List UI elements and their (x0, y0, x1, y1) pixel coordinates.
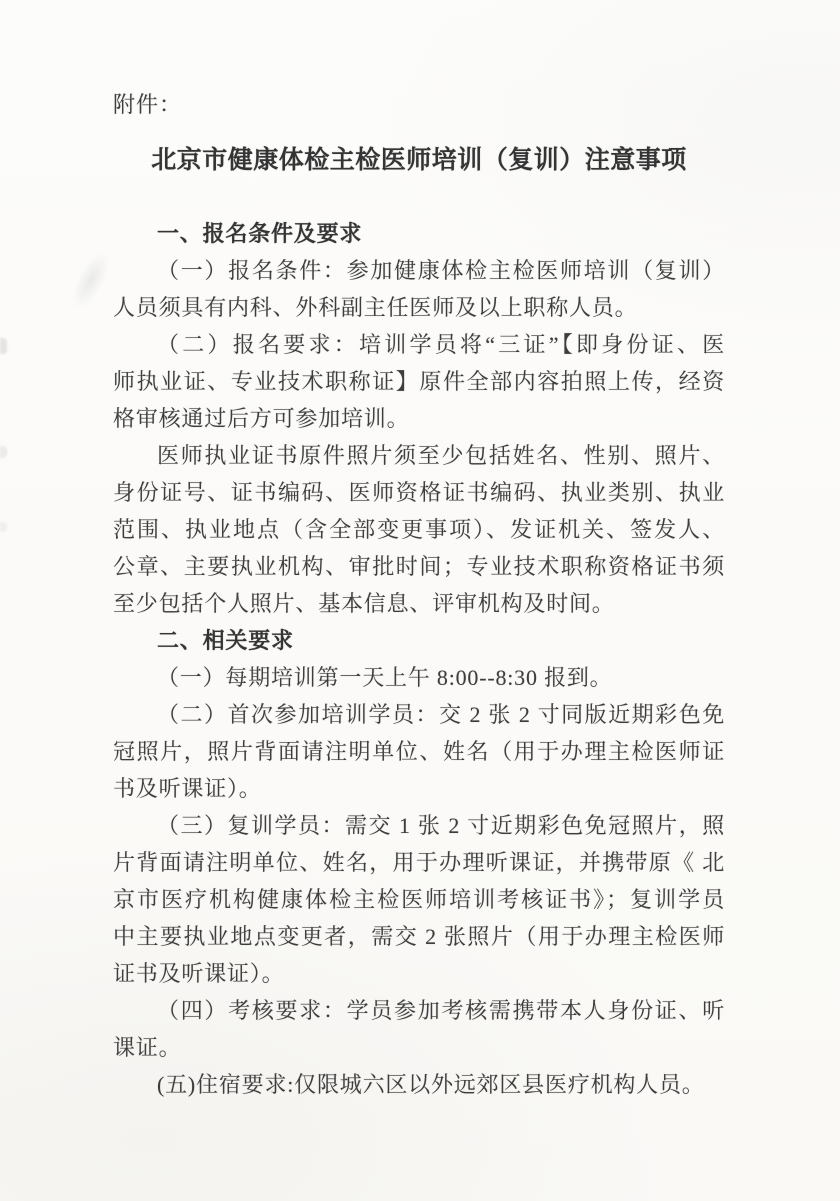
paragraph: (五)住宿要求:仅限城六区以外远郊区县医疗机构人员。 (113, 1066, 725, 1103)
text-line: （三）复训学员：需交 1 张 2 寸近期彩色免冠照片，照 (113, 807, 725, 844)
text-line: 范围、执业地点（含全部变更事项）、发证机关、签发人、 (113, 511, 725, 548)
text-line: 身份证号、证书编码、医师资格证书编码、执业类别、执业 (113, 474, 725, 511)
paragraph: （一）报名条件：参加健康体检主检医师培训（复训）人员须具有内科、外科副主任医师及… (113, 252, 725, 326)
scan-edge-artifact (0, 522, 7, 532)
text-line: 师执业证、专业技术职称证】原件全部内容拍照上传，经资 (113, 363, 725, 400)
text-line: 证书及听课证）。 (113, 955, 725, 992)
text-line: 人员须具有内科、外科副主任医师及以上职称人员。 (113, 289, 725, 326)
scan-smudge (64, 246, 117, 315)
text-line: (五)住宿要求:仅限城六区以外远郊区县医疗机构人员。 (113, 1066, 725, 1103)
paragraph: （四）考核要求：学员参加考核需携带本人身份证、听课证。 (113, 992, 725, 1066)
paragraph: （二）首次参加培训学员：交 2 张 2 寸同版近期彩色免冠照片，照片背面请注明单… (113, 696, 725, 807)
scan-edge-artifact (0, 446, 7, 458)
text-line: 冠照片，照片背面请注明单位、姓名（用于办理主检医师证 (113, 733, 725, 770)
paragraph: 医师执业证书原件照片须至少包括姓名、性别、照片、身份证号、证书编码、医师资格证书… (113, 437, 725, 622)
scan-edge-artifact (0, 338, 7, 354)
text-line: （四）考核要求：学员参加考核需携带本人身份证、听 (113, 992, 725, 1029)
attachment-label: 附件： (113, 86, 725, 123)
text-line: 京市医疗机构健康体检主检医师培训考核证书》；复训学员 (113, 881, 725, 918)
section-heading: 二、相关要求 (113, 622, 725, 659)
text-line: （一）每期培训第一天上午 8:00--8:30 报到。 (113, 659, 725, 696)
text-line: 中主要执业地点变更者，需交 2 张照片（用于办理主检医师 (113, 918, 725, 955)
text-line: （一）报名条件：参加健康体检主检医师培训（复训） (113, 252, 725, 289)
document-body: 一、报名条件及要求（一）报名条件：参加健康体检主检医师培训（复训）人员须具有内科… (113, 215, 725, 1103)
document-content: 附件： 北京市健康体检主检医师培训（复训）注意事项 一、报名条件及要求（一）报名… (113, 86, 725, 1103)
document-title: 北京市健康体检主检医师培训（复训）注意事项 (113, 141, 725, 181)
text-line: （二）报名要求：培训学员将“三证”【即身份证、医 (113, 326, 725, 363)
text-line: 公章、主要执业机构、审批时间；专业技术职称资格证书须 (113, 548, 725, 585)
text-line: 书及听课证）。 (113, 770, 725, 807)
paragraph: （一）每期培训第一天上午 8:00--8:30 报到。 (113, 659, 725, 696)
text-line: 格审核通过后方可参加培训。 (113, 400, 725, 437)
text-line: 至少包括个人照片、基本信息、评审机构及时间。 (113, 585, 725, 622)
text-line: 片背面请注明单位、姓名，用于办理听课证，并携带原《 北 (113, 844, 725, 881)
section-heading: 一、报名条件及要求 (113, 215, 725, 252)
text-line: 医师执业证书原件照片须至少包括姓名、性别、照片、 (113, 437, 725, 474)
text-line: 课证。 (113, 1029, 725, 1066)
text-line: （二）首次参加培训学员：交 2 张 2 寸同版近期彩色免 (113, 696, 725, 733)
paragraph: （三）复训学员：需交 1 张 2 寸近期彩色免冠照片，照片背面请注明单位、姓名，… (113, 807, 725, 992)
paragraph: （二）报名要求：培训学员将“三证”【即身份证、医师执业证、专业技术职称证】原件全… (113, 326, 725, 437)
document-page: 附件： 北京市健康体检主检医师培训（复训）注意事项 一、报名条件及要求（一）报名… (0, 0, 840, 1201)
